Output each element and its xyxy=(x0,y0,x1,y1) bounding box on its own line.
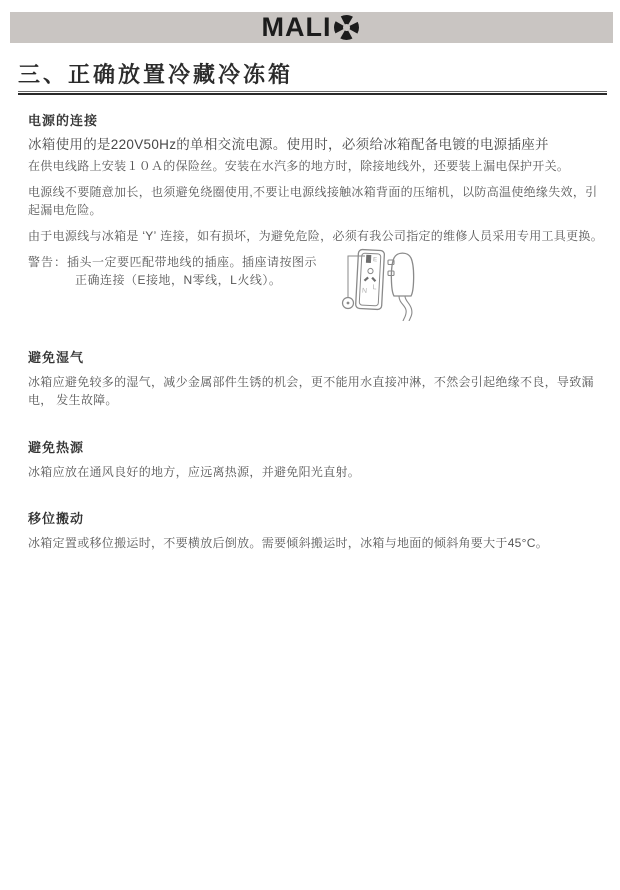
plug-socket-illustration-icon: E N L xyxy=(338,247,424,321)
section-heading-relocation: 移位搬动 xyxy=(28,508,603,527)
title-underline-thick xyxy=(18,93,607,95)
logo-text: MALI xyxy=(262,14,332,41)
manual-page: MALI 三、正确放置冷藏冷冻箱 电源的连接 冰箱使用的是220V50Hz的单相… xyxy=(0,0,620,890)
warning-text: 插头一定要匹配带地线的插座。插座请按图示 正确连接（E接地，N零线，L火线）。 xyxy=(67,253,317,321)
section-power-connection: 电源的连接 冰箱使用的是220V50Hz的单相交流电源。使用时，必须给冰箱配备电… xyxy=(28,110,603,321)
warning-label: 警告： xyxy=(28,253,67,321)
malio-logo: MALI xyxy=(262,13,362,42)
earth-slot-label: E xyxy=(373,257,377,263)
wall-socket-icon: E N L xyxy=(356,249,385,309)
section-relocation: 移位搬动 冰箱定置或移位搬运时，不要横放后倒放。需要倾斜搬运时，冰箱与地面的倾斜… xyxy=(28,508,603,552)
section-heading-moisture: 避免湿气 xyxy=(28,347,603,366)
live-slot xyxy=(372,278,376,282)
power-para-y-connection: 由于电源线与冰箱是 ʻYʼ 连接，如有损坏，为避免危险，必须有我公司指定的维修人… xyxy=(28,227,603,245)
relocation-body: 冰箱定置或移位搬运时，不要横放后倒放。需要倾斜搬运时，冰箱与地面的倾斜角要大于4… xyxy=(28,534,603,552)
power-lead-line2: 在供电线路上安装１０Ａ的保险丝。安装在水汽多的地方时，除接地线外，还要装上漏电保… xyxy=(28,157,603,175)
power-plug-icon xyxy=(388,253,414,321)
manual-content: 电源的连接 冰箱使用的是220V50Hz的单相交流电源。使用时，必须给冰箱配备电… xyxy=(28,110,603,552)
section-avoid-heat: 避免热源 冰箱应放在通风良好的地方，应远离热源，并避免阳光直射。 xyxy=(28,437,603,481)
section-heading-heat: 避免热源 xyxy=(28,437,603,456)
live-label: L xyxy=(372,284,376,291)
neutral-slot xyxy=(364,277,368,281)
round-hole xyxy=(368,268,373,273)
earth-slot xyxy=(366,255,371,263)
title-underline xyxy=(18,91,607,95)
section-heading-power: 电源的连接 xyxy=(28,110,603,129)
heat-body: 冰箱应放在通风良好的地方，应远离热源，并避免阳光直射。 xyxy=(28,463,603,481)
power-lead-line1: 冰箱使用的是220V50Hz的单相交流电源。使用时，必须给冰箱配备电镀的电源插座… xyxy=(28,135,603,155)
logo-o-icon xyxy=(332,13,361,42)
warning-note: 警告： 插头一定要匹配带地线的插座。插座请按图示 正确连接（E接地，N零线，L火… xyxy=(28,253,358,321)
page-title: 三、正确放置冷藏冷冻箱 xyxy=(18,58,293,89)
moisture-body: 冰箱应避免较多的湿气，减少金属部件生锈的机会，更不能用水直接冲淋，不然会引起绝缘… xyxy=(28,373,603,409)
warning-row: 警告： 插头一定要匹配带地线的插座。插座请按图示 正确连接（E接地，N零线，L火… xyxy=(28,253,603,321)
brand-header: MALI xyxy=(10,12,613,43)
warning-line1: 插头一定要匹配带地线的插座。插座请按图示 xyxy=(67,253,317,271)
neutral-label: N xyxy=(362,288,367,295)
cord-line-left xyxy=(399,296,406,321)
warning-line2: 正确连接（E接地，N零线，L火线）。 xyxy=(75,271,317,289)
section-avoid-moisture: 避免湿气 冰箱应避免较多的湿气，减少金属部件生锈的机会，更不能用水直接冲淋，不然… xyxy=(28,347,603,409)
title-underline-thin xyxy=(18,91,607,92)
power-para-extension-cord: 电源线不要随意加长，也须避免绕圈使用,不要让电源线接触冰箱背面的压缩机，以防高温… xyxy=(28,183,603,219)
